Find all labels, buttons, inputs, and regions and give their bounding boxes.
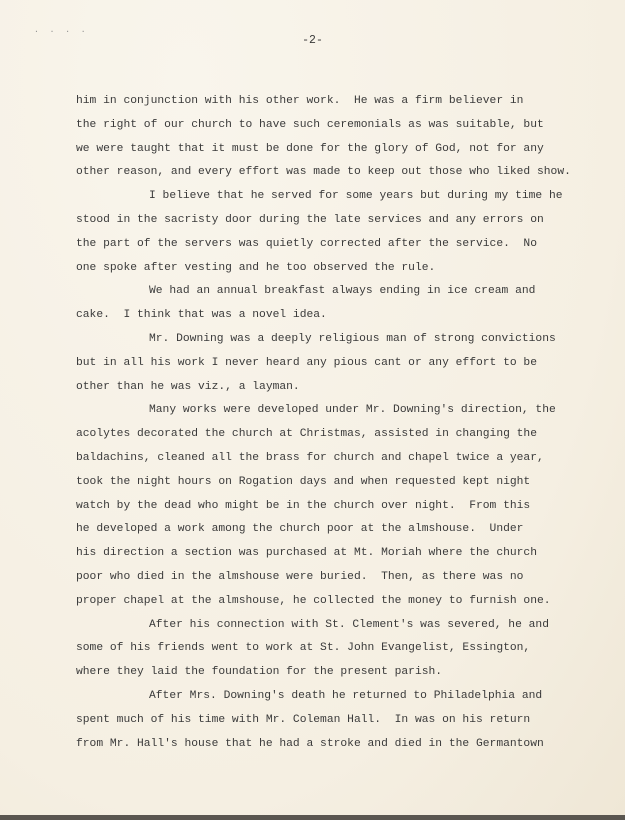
text-line: where they laid the foundation for the p… [76,661,616,685]
text-line: we were taught that it must be done for … [76,138,616,162]
text-line: took the night hours on Rogation days an… [76,471,616,495]
paragraph-first-line: After Mrs. Downing's death he returned t… [76,685,616,709]
page-number: -2- [0,34,625,47]
paragraph-first-line: We had an annual breakfast always ending… [76,280,616,304]
text-line: some of his friends went to work at St. … [76,637,616,661]
text-line: watch by the dead who might be in the ch… [76,495,616,519]
text-line: the part of the servers was quietly corr… [76,233,616,257]
text-line: baldachins, cleaned all the brass for ch… [76,447,616,471]
text-line: proper chapel at the almshouse, he colle… [76,590,616,614]
text-line: spent much of his time with Mr. Coleman … [76,709,616,733]
page-bottom-edge [0,815,625,820]
paragraph-first-line: I believe that he served for some years … [76,185,616,209]
text-line: acolytes decorated the church at Christm… [76,423,616,447]
text-line: from Mr. Hall's house that he had a stro… [76,733,616,757]
text-line: he developed a work among the church poo… [76,518,616,542]
text-line: other than he was viz., a layman. [76,376,616,400]
text-line: the right of our church to have such cer… [76,114,616,138]
text-line: his direction a section was purchased at… [76,542,616,566]
body-text: him in conjunction with his other work. … [76,90,616,756]
paragraph-first-line: Mr. Downing was a deeply religious man o… [76,328,616,352]
text-line: but in all his work I never heard any pi… [76,352,616,376]
text-line: him in conjunction with his other work. … [76,90,616,114]
typewritten-page: . . . . -2- him in conjunction with his … [0,0,625,815]
text-line: poor who died in the almshouse were buri… [76,566,616,590]
paragraph-first-line: Many works were developed under Mr. Down… [76,399,616,423]
text-line: stood in the sacristy door during the la… [76,209,616,233]
text-line: cake. I think that was a novel idea. [76,304,616,328]
text-line: one spoke after vesting and he too obser… [76,257,616,281]
paragraph-first-line: After his connection with St. Clement's … [76,614,616,638]
text-line: other reason, and every effort was made … [76,161,616,185]
